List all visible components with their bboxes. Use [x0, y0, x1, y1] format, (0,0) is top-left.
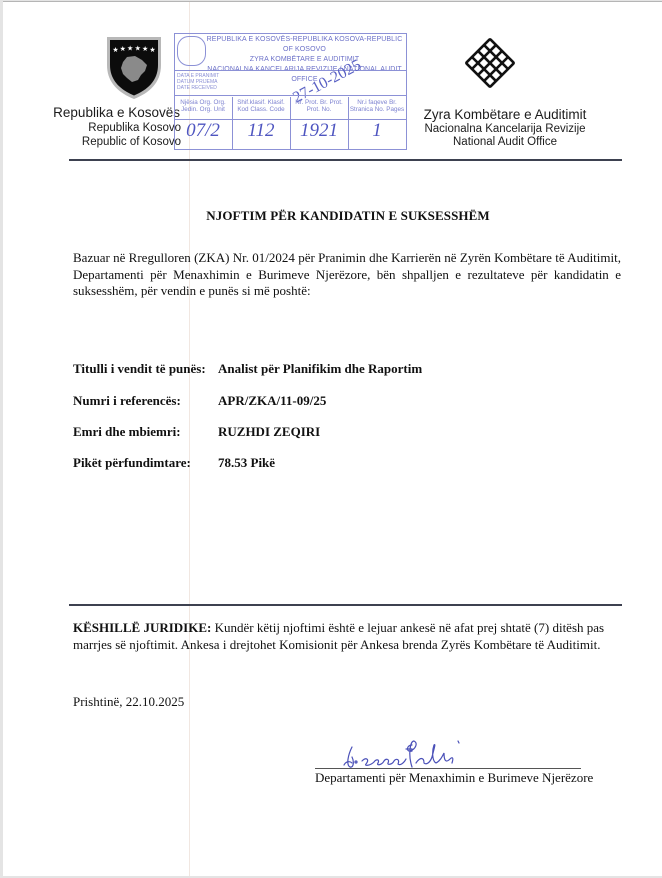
svg-text:★: ★: [120, 45, 126, 53]
svg-text:★: ★: [135, 45, 141, 53]
national-audit-office-lattice-icon: [459, 35, 521, 91]
document-page: ★★★ ★★★ Republika e Kosovës Republika Ko…: [3, 1, 662, 876]
stamp-divider: [174, 95, 407, 96]
field-value: APR/ZKA/11-09/25: [218, 393, 326, 409]
svg-text:★: ★: [142, 45, 148, 53]
kosovo-coat-of-arms-icon: ★★★ ★★★: [105, 35, 163, 101]
office-name-serbian: Nacionalna Kancelarija Revizije: [390, 123, 620, 135]
header-divider: [69, 159, 622, 161]
field-value: Analist për Planifikim dhe Raportim: [218, 361, 422, 377]
stamp-received-labels: DATA E PRANIMIT DATUM PRIJEMA DATE RECEI…: [177, 73, 219, 91]
svg-text:★: ★: [127, 45, 133, 53]
stamp-col-label-class-code: Shif.klasif. Klasif. Kod Class. Code: [232, 99, 290, 113]
field-label: Numri i referencës:: [73, 393, 181, 409]
stamp-divider: [174, 70, 407, 71]
field-value: 78.53 Pikë: [218, 455, 275, 471]
registry-stamp: REPUBLIKA E KOSOVËS-REPUBLIKA KOSOVA-REP…: [174, 33, 407, 150]
signature-caption: Departamenti për Menaxhimin e Burimeve N…: [315, 770, 593, 786]
intro-paragraph: Bazuar në Rregulloren (ZKA) Nr. 01/2024 …: [73, 250, 621, 300]
field-label: Emri dhe mbiemri:: [73, 424, 181, 440]
republic-name-serbian: Republika Kosovo: [31, 122, 181, 134]
stamp-header-line: ZYRA KOMBËTARE E AUDITIMIT: [205, 55, 404, 65]
field-value: RUZHDI ZEQIRI: [218, 424, 320, 440]
stamp-class-code-value: 112: [232, 120, 290, 142]
office-name-english: National Audit Office: [390, 136, 620, 148]
document-title: NJOFTIM PËR KANDIDATIN E SUKSESSHËM: [63, 208, 633, 224]
republic-name-albanian: Republika e Kosovës: [30, 105, 180, 120]
field-label: Pikët përfundimtare:: [73, 455, 191, 471]
stamp-received-label: DATE RECEIVED: [177, 85, 219, 91]
stamp-header-line: REPUBLIKA E KOSOVËS-REPUBLIKA KOSOVA-REP…: [205, 35, 404, 55]
stamp-org-unit-value: 07/2: [174, 120, 232, 142]
legal-advice: KËSHILLË JURIDIKE: Kundër këtij njoftimi…: [73, 619, 621, 653]
legal-advice-label: KËSHILLË JURIDIKE:: [73, 620, 211, 635]
stamp-col-label-org-unit: Njësia Org. Org. Jedin. Org. Unit: [174, 99, 232, 113]
field-label: Titulli i vendit të punës:: [73, 361, 206, 377]
signature-line: [315, 768, 581, 769]
office-name-albanian: Zyra Kombëtare e Auditimit: [390, 107, 620, 122]
handwritten-signature-icon: [340, 735, 490, 771]
stamp-header: REPUBLIKA E KOSOVËS-REPUBLIKA KOSOVA-REP…: [205, 35, 404, 85]
svg-text:★: ★: [112, 46, 118, 54]
republic-name-english: Republic of Kosovo: [31, 136, 181, 148]
place-and-date: Prishtinë, 22.10.2025: [73, 694, 184, 710]
legal-divider: [69, 604, 622, 606]
stamp-prot-no-value: 1921: [290, 120, 348, 142]
stamp-seal-icon: [177, 36, 206, 66]
stamp-header-line: NACIONALNA KANCELARIJA REVIZIJE / NATION…: [205, 65, 404, 85]
stamp-col-label-prot-no: Nr. Prot. Br. Prot. Prot. No.: [290, 99, 348, 113]
svg-text:★: ★: [149, 46, 155, 54]
